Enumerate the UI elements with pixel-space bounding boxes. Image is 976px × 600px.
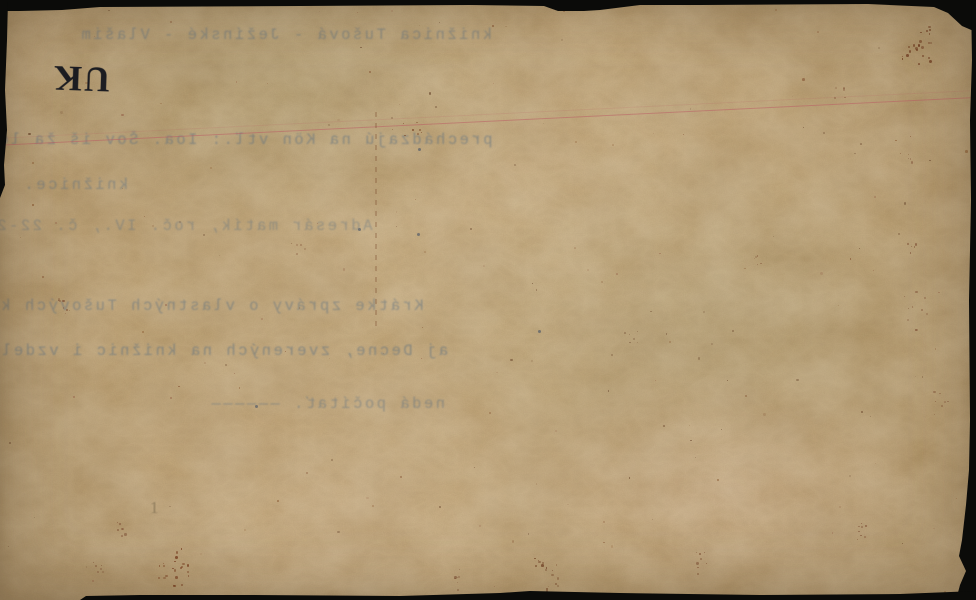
bleedthrough-line: knižnice. bbox=[22, 176, 128, 194]
pencil-numeral: 1 bbox=[150, 498, 159, 518]
scanned-document-page: knižnica Tušová - Ježínské - Vlašim prec… bbox=[0, 0, 976, 600]
bleedthrough-line: nedá počítať. ―――――― bbox=[209, 395, 445, 413]
bleedthrough-line: knižnica Tušová - Ježínské - Vlašim bbox=[79, 26, 492, 44]
bleedthrough-line: aj Decne, zverených na knižnic i vzdela- bbox=[0, 342, 448, 360]
bleedthrough-line: Adresár matík, roč. IV., č. 22-23 bbox=[0, 217, 372, 235]
library-stamp: UK bbox=[51, 57, 110, 101]
bleedthrough-line: Krátke zprávy o vlastných Tušových knižn… bbox=[0, 297, 424, 315]
vertical-crease bbox=[375, 112, 377, 330]
